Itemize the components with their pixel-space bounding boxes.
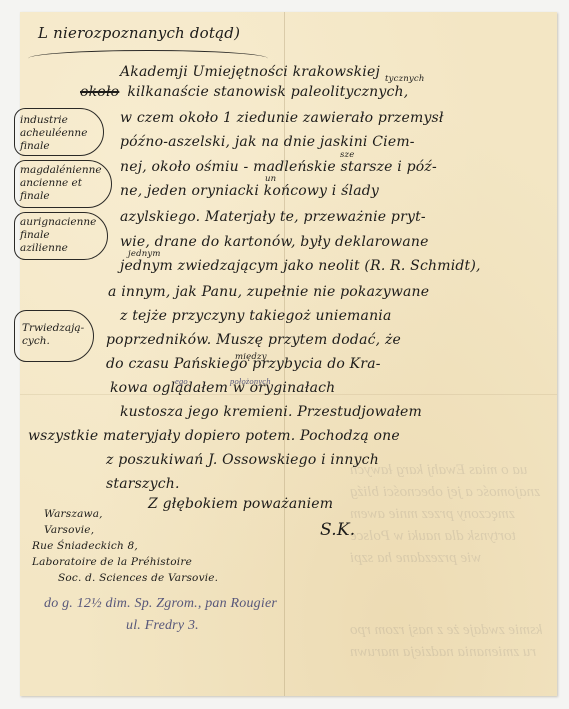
body-line: a innym, jak Panu, zupełnie nie pokazywa… — [108, 284, 429, 300]
interlinear-note: sze — [340, 150, 354, 160]
address-line: Varsovie, — [44, 524, 94, 536]
closing-line: Z głębokiem poważaniem — [148, 496, 333, 512]
body-line: z tejże przyczyny takiegoż uniemania — [120, 308, 392, 324]
body-line: z poszukiwań J. Ossowskiego i innych — [106, 452, 379, 468]
bleed-through-text: znajomośc a jej obecności bliźg — [350, 484, 540, 501]
body-line: późno-aszelski, jak na dnie jaskini Ciem… — [120, 134, 415, 150]
body-line: Akademji Umiejętności krakowskiej — [120, 64, 380, 80]
address-line: Warszawa, — [44, 508, 103, 520]
address-line: Rue Śniadeckich 8, — [32, 540, 138, 552]
interlinear-note: ego — [175, 376, 188, 386]
bleed-through-text: ru zmienania nadzieja maruwn — [350, 644, 536, 661]
body-line: starszych. — [106, 476, 180, 492]
body-line: jednym zwiedzającym jako neolit (R. R. S… — [120, 258, 481, 274]
body-line: wie, drane do kartonów, były deklarowane — [120, 234, 429, 250]
body-line: nej, około ośmiu - madleńskie starsze i … — [120, 159, 437, 175]
body-line: wszystkie materyjały dopiero potem. Poch… — [28, 428, 400, 444]
margin-note: aurignacienne finale azilienne — [20, 216, 96, 255]
bleed-through-text: wie przezdane ha szpi — [350, 550, 481, 567]
struck-word: około — [80, 84, 119, 100]
pencil-note-line: do g. 12½ dim. Sp. Zgrom., pan Rougier — [44, 596, 277, 612]
body-line: kowa oglądałem w oryginałach — [110, 380, 335, 396]
body-line: poprzedników. Muszę przytem dodać, że — [106, 332, 401, 348]
address-line: Laboratoire de la Préhistoire — [32, 556, 192, 568]
interlinear-note: między — [235, 352, 267, 362]
body-line: ne, jeden oryniacki końcowy i ślady — [120, 183, 379, 199]
body-line: kustosza jego kremieni. Przestudjowałem — [120, 404, 422, 420]
bleed-through-text: zmęczony przez mnie awem — [350, 506, 515, 523]
pencil-note-line: ul. Fredry 3. — [126, 618, 199, 634]
interlinear-note: położonych — [230, 376, 271, 386]
bleed-through-text: ksmie zwdaje że z nasj rzom rpo — [350, 622, 543, 639]
header-note: L nierozpoznanych dotąd) — [38, 24, 240, 42]
letter-page: ua o mias Ewahj karg ławych znajomośc a … — [20, 12, 557, 696]
address-line: Soc. d. Sciences de Varsovie. — [58, 572, 218, 584]
margin-note: Trwiedzają- cych. — [22, 322, 84, 348]
body-line: okołokilkanaście stanowisk paleolityczny… — [80, 84, 408, 100]
interlinear-note: un — [265, 174, 276, 184]
signature: S.K. — [320, 520, 355, 540]
bleed-through-text: tortynsk dla nauki w Polsce — [350, 528, 516, 545]
margin-note: industrie acheuléenne finale — [20, 114, 87, 153]
interlinear-note: tycznych — [385, 74, 425, 84]
body-line: w czem około 1 ziedunie zawierało przemy… — [120, 110, 444, 126]
margin-note: magdalénienne ancienne et finale — [20, 164, 102, 203]
body-line: azylskiego. Materjały te, przeważnie pry… — [120, 209, 426, 225]
